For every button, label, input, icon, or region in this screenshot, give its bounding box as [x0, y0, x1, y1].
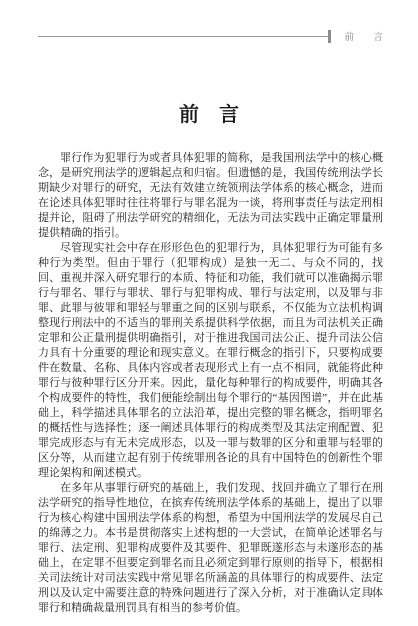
book-page: 前 言 前 言 罪行作为犯罪行为或者具体犯罪的简称，是我国刑法学中的核心概念，是…	[0, 0, 418, 626]
header-tick	[328, 30, 331, 43]
page-number: 1	[369, 587, 374, 598]
paragraph: 罪行作为犯罪行为或者具体犯罪的简称，是我国刑法学中的核心概念，是研究刑法学的逻辑…	[38, 151, 383, 241]
header-rule	[38, 36, 328, 37]
body-text: 罪行作为犯罪行为或者具体犯罪的简称，是我国刑法学中的核心概念，是研究刑法学的逻辑…	[38, 151, 383, 616]
running-header: 前 言	[38, 28, 388, 44]
paragraph: 在多年从事罪行研究的基础上，我们发现、找回并确立了罪行在刑法学研究的指导性地位，…	[38, 481, 383, 616]
running-header-title: 前 言	[344, 29, 388, 43]
paragraph: 尽管现实社会中存在形形色色的犯罪行为，具体犯罪行为可能有多种行为类型。但由于罪行…	[38, 241, 383, 481]
page-footer: 1	[369, 587, 374, 598]
page-title: 前 言	[0, 98, 418, 127]
